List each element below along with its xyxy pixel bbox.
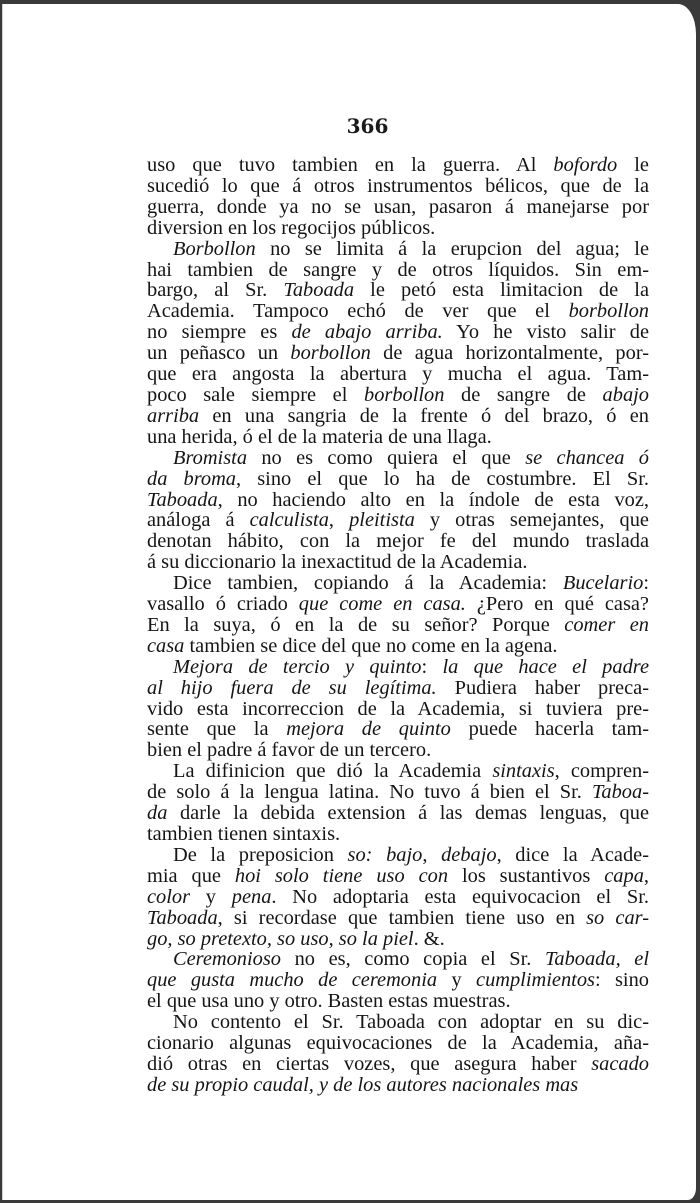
text-run: en una sangria de la frente ó del brazo,…	[199, 405, 649, 427]
text-run: sente que la	[147, 718, 286, 740]
text-run: , sino el que lo ha de costumbre. El Sr.	[236, 468, 649, 490]
text-run: Dice tambien, copiando á la Academia:	[173, 572, 563, 594]
paragraph: Ceremonioso no es, como copia el Sr. Tab…	[147, 949, 649, 1012]
italic-term: bofordo	[553, 154, 617, 176]
text-line: bargo, al Sr. Taboada le petó esta limit…	[147, 280, 649, 301]
text-line: á su diccionario la inexactitud de la Ac…	[147, 552, 649, 573]
text-line: que gusta mucho de ceremonia y cumplimie…	[147, 970, 649, 991]
italic-term: da broma	[147, 468, 236, 490]
text-run: , dice la Acade-	[497, 844, 649, 866]
text-line: Academia. Tampoco echó de ver que el bor…	[147, 301, 649, 322]
italic-term: Taboada	[147, 489, 218, 511]
italic-term: so: bajo	[348, 844, 423, 866]
text-run: no es, como copia el Sr.	[281, 948, 545, 970]
text-run: vido esta incorreccion de la Academia, s…	[147, 698, 649, 720]
text-run: bargo, al Sr.	[147, 279, 283, 301]
text-line: Ceremonioso no es, como copia el Sr. Tab…	[147, 949, 649, 970]
text-run: uso que tuvo tambien en la guerra. Al	[147, 154, 553, 176]
text-run: , si recordase que tambien tiene uso en	[218, 907, 586, 929]
text-line: Taboada, no haciendo alto en la índole d…	[147, 490, 649, 511]
text-line: Mejora de tercio y quinto: la que hace e…	[147, 657, 649, 678]
italic-term: Taboada	[147, 907, 218, 929]
italic-term: de abajo arriba.	[291, 321, 442, 343]
italic-term: da	[147, 802, 167, 824]
text-line: Dice tambien, copiando á la Academia: Bu…	[147, 573, 649, 594]
text-run: denotan hábito, con la mejor fe del mund…	[147, 530, 649, 552]
body-text: uso que tuvo tambien en la guerra. Al bo…	[147, 155, 649, 1096]
text-run: diversion en los regocijos públicos.	[147, 217, 435, 239]
text-line: mia que hoi solo tiene uso con los susta…	[147, 866, 649, 887]
text-run: hai tambien de sangre y de otros líquido…	[147, 259, 649, 281]
text-run: guerra, donde ya no se usan, pasaron á m…	[147, 196, 649, 218]
text-line: da darle la debida extension á las demas…	[147, 803, 649, 824]
text-line: Taboada, si recordase que tambien tiene …	[147, 908, 649, 929]
text-line: bien el padre á favor de un tercero.	[147, 740, 649, 761]
text-run: De la preposicion	[173, 844, 348, 866]
text-run: ,	[329, 509, 349, 531]
paragraph: La difinicion que dió la Academia sintax…	[147, 761, 649, 845]
italic-term: Taboada, el	[545, 948, 649, 970]
text-run: , compren-	[555, 760, 649, 782]
text-line: de solo á la lengua latina. No tuvo á bi…	[147, 782, 649, 803]
text-run: bien el padre á favor de un tercero.	[147, 739, 431, 761]
text-run: En la suya, ó en la de su señor? Porque	[147, 614, 564, 636]
text-line: al hijo fuera de su legítima. Pudiera ha…	[147, 678, 649, 699]
text-run: :	[421, 656, 442, 678]
text-run: Academia. Tampoco echó de ver que el	[147, 300, 569, 322]
text-run: ,	[422, 844, 441, 866]
text-run: ¿Pero en qué casa?	[466, 593, 649, 615]
italic-term: borbollon	[290, 342, 370, 364]
text-run: . &.	[414, 928, 445, 950]
text-line: Bromista no es como quiera el que se cha…	[147, 448, 649, 469]
text-line: el que usa uno y otro. Basten estas mues…	[147, 991, 649, 1012]
text-run: darle la debida extension á las demas le…	[167, 802, 649, 824]
italic-term: Bucelario	[563, 572, 643, 594]
italic-term: Mejora de tercio y quinto	[173, 656, 421, 678]
paragraph: uso que tuvo tambien en la guerra. Al bo…	[147, 155, 649, 239]
italic-term: al hijo fuera de su legítima.	[147, 677, 437, 699]
italic-term: mejora de quinto	[286, 718, 451, 740]
text-run: y otras semejantes, que	[415, 509, 649, 531]
text-line: da broma, sino el que lo ha de costumbre…	[147, 469, 649, 490]
text-run: vasallo ó criado	[147, 593, 299, 615]
text-run: á su diccionario la inexactitud de la Ac…	[147, 551, 527, 573]
italic-term: Bromista	[173, 447, 247, 469]
italic-term: so car-	[586, 907, 649, 929]
text-line: color y pena. No adoptaria esta equivoca…	[147, 887, 649, 908]
text-line: que era angosta la abertura y mucha el a…	[147, 364, 649, 385]
text-line: vasallo ó criado que come en casa. ¿Pero…	[147, 594, 649, 615]
italic-term: Taboa-	[592, 781, 649, 803]
text-run: No contento el Sr. Taboada con adoptar e…	[173, 1011, 649, 1033]
text-line: cionario algunas equivocaciones de la Ac…	[147, 1033, 649, 1054]
italic-term: comer en	[564, 614, 649, 636]
text-run: le petó esta limitacion de la	[354, 279, 649, 301]
italic-term: pena	[232, 886, 272, 908]
text-run: y	[190, 886, 232, 908]
text-run: no se limita á la erupcion del agua; le	[256, 238, 649, 260]
text-run: de sangre de	[444, 384, 602, 406]
text-line: sucedió lo que á otros instrumentos béli…	[147, 176, 649, 197]
text-run: Pudiera haber preca-	[437, 677, 649, 699]
text-run: . No adoptaria esta equivocacion el Sr.	[271, 886, 649, 908]
text-line: go, so pretexto, so uso, so la piel. &.	[147, 929, 649, 950]
text-line: No contento el Sr. Taboada con adoptar e…	[147, 1012, 649, 1033]
page-number: 366	[3, 114, 696, 138]
text-line: análoga á calculista, pleitista y otras …	[147, 510, 649, 531]
italic-term: color	[147, 886, 190, 908]
text-line: vido esta incorreccion de la Academia, s…	[147, 699, 649, 720]
italic-term: Taboada	[283, 279, 354, 301]
text-line: dió otras en ciertas vozes, que asegura …	[147, 1054, 649, 1075]
text-line: un peñasco un borbollon de agua horizont…	[147, 343, 649, 364]
text-run: y	[437, 969, 476, 991]
text-line: de su propio caudal, y de los autores na…	[147, 1075, 649, 1096]
italic-term: abajo	[603, 384, 649, 406]
text-run: tambien se dice del que no come en la ag…	[184, 635, 557, 657]
italic-term: la que hace el padre	[442, 656, 649, 678]
italic-term: capa	[604, 865, 644, 887]
text-line: De la preposicion so: bajo, debajo, dice…	[147, 845, 649, 866]
text-run: : sino	[595, 969, 649, 991]
text-line: no siempre es de abajo arriba. Yo he vis…	[147, 322, 649, 343]
text-line: poco sale siempre el borbollon de sangre…	[147, 385, 649, 406]
paragraph: Borbollon no se limita á la erupcion del…	[147, 239, 649, 448]
italic-term: debajo	[441, 844, 497, 866]
text-run: , no haciendo alto en la índole de esta …	[218, 489, 649, 511]
text-run: dió otras en ciertas vozes, que asegura …	[147, 1053, 591, 1075]
text-line: sente que la mejora de quinto puede hace…	[147, 719, 649, 740]
italic-term: borbollon	[364, 384, 444, 406]
italic-term: arriba	[147, 405, 199, 427]
text-run: los sustantivos	[448, 865, 604, 887]
text-run: La difinicion que dió la Academia	[173, 760, 492, 782]
text-run: puede hacerla tam-	[451, 718, 649, 740]
text-line: diversion en los regocijos públicos.	[147, 218, 649, 239]
paragraph: No contento el Sr. Taboada con adoptar e…	[147, 1012, 649, 1096]
italic-term: cumplimientos	[476, 969, 595, 991]
text-run: un peñasco un	[147, 342, 290, 364]
text-run: cionario algunas equivocaciones de la Ac…	[147, 1032, 649, 1054]
text-line: guerra, donde ya no se usan, pasaron á m…	[147, 197, 649, 218]
italic-term: calculista	[250, 509, 329, 531]
text-run: Yo he visto salir de	[443, 321, 649, 343]
italic-term: sintaxis	[492, 760, 554, 782]
paragraph: Mejora de tercio y quinto: la que hace e…	[147, 657, 649, 762]
italic-term: pleitista	[349, 509, 415, 531]
text-line: tambien tienen sintaxis.	[147, 824, 649, 845]
italic-term: casa	[147, 635, 184, 657]
italic-term: go, so pretexto, so uso, so la piel	[147, 928, 414, 950]
paragraph: Bromista no es como quiera el que se cha…	[147, 448, 649, 573]
italic-term: hoi solo tiene uso con	[235, 865, 448, 887]
book-page: 366 uso que tuvo tambien en la guerra. A…	[2, 4, 696, 1200]
text-run: una herida, ó el de la materia de una ll…	[147, 426, 492, 448]
paragraph: Dice tambien, copiando á la Academia: Bu…	[147, 573, 649, 657]
text-run: no siempre es	[147, 321, 291, 343]
italic-term: Borbollon	[173, 238, 256, 260]
text-run: no es como quiera el que	[247, 447, 525, 469]
text-line: hai tambien de sangre y de otros líquido…	[147, 260, 649, 281]
text-line: una herida, ó el de la materia de una ll…	[147, 427, 649, 448]
italic-term: de su propio caudal, y de los autores na…	[147, 1074, 578, 1096]
text-run: :	[643, 572, 649, 594]
text-run: mia que	[147, 865, 235, 887]
text-line: uso que tuvo tambien en la guerra. Al bo…	[147, 155, 649, 176]
italic-term: borbollon	[569, 300, 649, 322]
text-run: de solo á la lengua latina. No tuvo á bi…	[147, 781, 592, 803]
text-line: En la suya, ó en la de su señor? Porque …	[147, 615, 649, 636]
text-line: casa tambien se dice del que no come en …	[147, 636, 649, 657]
text-run: que era angosta la abertura y mucha el a…	[147, 363, 649, 385]
text-line: Borbollon no se limita á la erupcion del…	[147, 239, 649, 260]
text-run: ,	[644, 865, 649, 887]
text-run: de agua horizontalmente, por-	[371, 342, 649, 364]
text-run: el que usa uno y otro. Basten estas mues…	[147, 990, 511, 1012]
text-line: denotan hábito, con la mejor fe del mund…	[147, 531, 649, 552]
text-line: La difinicion que dió la Academia sintax…	[147, 761, 649, 782]
text-run: sucedió lo que á otros instrumentos béli…	[147, 175, 649, 197]
italic-term: se chancea ó	[525, 447, 649, 469]
italic-term: que gusta mucho de ceremonia	[147, 969, 437, 991]
paragraph: De la preposicion so: bajo, debajo, dice…	[147, 845, 649, 950]
text-line: arriba en una sangria de la frente ó del…	[147, 406, 649, 427]
text-run: análoga á	[147, 509, 250, 531]
italic-term: sacado	[591, 1053, 649, 1075]
italic-term: que come en casa.	[299, 593, 466, 615]
text-run: tambien tienen sintaxis.	[147, 823, 340, 845]
text-run: poco sale siempre el	[147, 384, 364, 406]
italic-term: Ceremonioso	[173, 948, 281, 970]
text-run: le	[617, 154, 649, 176]
